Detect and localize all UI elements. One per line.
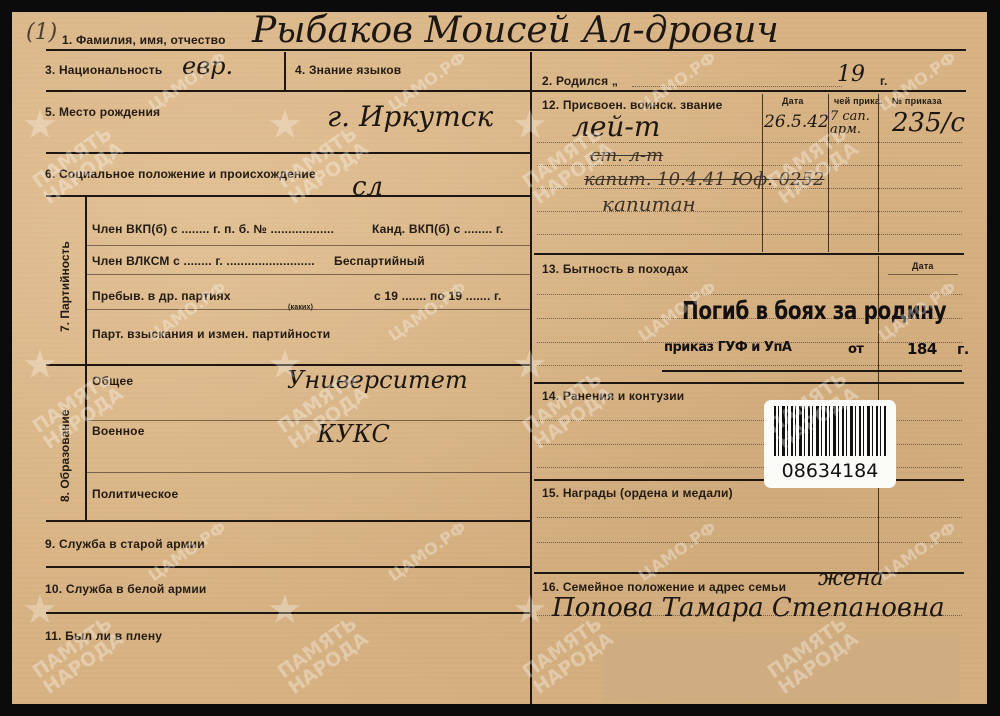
- field-16-label: 16. Семейное положение и адрес семьи: [542, 580, 786, 594]
- campaign-date-header: Дата: [912, 261, 934, 271]
- birthplace-value: г. Иркутск: [327, 100, 493, 133]
- rank-col-date: Дата: [782, 96, 804, 106]
- education-general-label: Общее: [92, 374, 133, 388]
- education-political-label: Политическое: [92, 487, 178, 501]
- stamp-year-suffix: г.: [957, 342, 969, 358]
- rank-col-by: чей прика.: [834, 96, 883, 106]
- watermark-pamyat: ПАМЯТЬНАРОДА: [274, 614, 371, 698]
- star-icon: ★: [267, 587, 303, 633]
- redacted-area: [604, 635, 960, 701]
- stamp-from: от: [848, 342, 863, 357]
- family-status-value: жена: [818, 566, 884, 591]
- barcode-icon: [774, 406, 886, 456]
- rank-entry-2: ст. л-т: [590, 145, 663, 166]
- rule: [534, 253, 964, 255]
- field-1-label: 1. Фамилия, имя, отчество: [62, 33, 226, 47]
- party-vlksm: Член ВЛКСМ с ........ г. ...............…: [92, 254, 315, 268]
- dotted-line: [537, 294, 962, 295]
- rule: [878, 94, 879, 252]
- watermark-tsamo: ЦАМО.РФ: [145, 518, 230, 585]
- barcode-number: 08634184: [764, 460, 896, 482]
- education-military-label: Военное: [92, 424, 145, 438]
- rank-entry-4: капитан: [602, 192, 696, 216]
- party-penalties: Парт. взыскания и измен. партийности: [92, 327, 330, 341]
- rule: [534, 572, 964, 574]
- stamp-underline: [662, 370, 962, 372]
- death-stamp: Погиб в боях за родину: [682, 296, 946, 325]
- birth-year-suffix: г.: [880, 74, 888, 88]
- rank-entry-3: капит. 10.4.41 Юф. 0252: [584, 169, 824, 190]
- watermark-pamyat: ПАМЯТЬНАРОДА: [29, 614, 126, 698]
- field-10-label: 10. Служба в белой армии: [45, 582, 206, 596]
- field-11-label: 11. Был ли в плену: [45, 629, 162, 643]
- rank-entry-1-date: 26.5.42: [764, 112, 829, 132]
- field-2-label: 2. Родился „: [542, 74, 618, 88]
- dotted-line: [537, 234, 962, 235]
- field-15-label: 15. Награды (ордена и медали): [542, 486, 733, 500]
- rule: [888, 274, 958, 275]
- dotted-line: [537, 420, 962, 421]
- personnel-record-card: (1) 1. Фамилия, имя, отчество Рыбаков Мо…: [12, 12, 987, 704]
- rule: [87, 274, 530, 275]
- rule: [87, 420, 530, 421]
- margin-note: (1): [26, 20, 57, 45]
- watermark-pamyat: ПАМЯТЬНАРОДА: [519, 614, 616, 698]
- center-divider: [530, 52, 532, 704]
- birth-year-value: 19: [837, 62, 865, 87]
- dotted-line: [537, 542, 962, 543]
- full-name-value: Рыбаков Моисей Ал-дрович: [252, 10, 779, 51]
- party-other-sub: (каких): [288, 304, 313, 311]
- stamp-order: приказ ГУФ и УпА: [664, 340, 792, 355]
- rule: [87, 245, 530, 246]
- party-candidate: Канд. ВКП(б) с ........ г.: [372, 222, 503, 236]
- watermark-tsamo: ЦАМО.РФ: [875, 518, 960, 585]
- dotted-line: [537, 365, 962, 366]
- field-3-label: 3. Национальность: [45, 63, 162, 77]
- party-nonparty: Беспартийный: [334, 254, 425, 268]
- social-status-value: сл: [352, 172, 383, 202]
- field-6-label: 6. Социальное положение и происхождение: [45, 167, 316, 181]
- field-14-label: 14. Ранения и контузии: [542, 389, 684, 403]
- party-vkp: Член ВКП(б) с ........ г. п. б. № ......…: [92, 222, 334, 236]
- watermark-tsamo: ЦАМО.РФ: [635, 518, 720, 585]
- rule: [46, 195, 532, 197]
- field-8-label: 8. Образование: [58, 410, 72, 502]
- rule: [87, 472, 530, 473]
- rule: [534, 479, 964, 481]
- dotted-line: [537, 467, 962, 468]
- rule: [85, 366, 87, 521]
- dotted-line: [632, 86, 842, 87]
- party-period: с 19 ....... по 19 ....... г.: [374, 289, 502, 303]
- rule: [46, 90, 966, 92]
- party-other: Пребыв. в др. партиях: [92, 289, 231, 303]
- star-icon: ★: [267, 102, 303, 148]
- education-general-value: Университет: [287, 366, 468, 394]
- field-9-label: 9. Служба в старой армии: [45, 537, 205, 551]
- rule: [46, 566, 532, 568]
- rule: [534, 382, 964, 384]
- rule: [284, 52, 286, 92]
- dotted-line: [537, 211, 962, 212]
- rank-col-order: № приказа: [892, 96, 942, 106]
- field-13-label: 13. Бытность в походах: [542, 262, 688, 276]
- rule: [46, 152, 532, 154]
- rank-entry-1: лей-т: [572, 110, 660, 143]
- rule: [46, 612, 532, 614]
- rank-entry-1-order: 235/с: [892, 108, 965, 138]
- stamp-year: 184: [907, 340, 937, 358]
- watermark-tsamo: ЦАМО.РФ: [385, 518, 470, 585]
- rule: [46, 520, 532, 522]
- field-4-label: 4. Знание языков: [295, 63, 401, 77]
- nationality-value: евр.: [182, 52, 233, 80]
- education-military-value: КУКС: [317, 420, 390, 448]
- dotted-line: [537, 444, 962, 445]
- barcode-label: 08634184: [764, 400, 896, 488]
- dotted-line: [537, 517, 962, 518]
- family-member-value: Попова Тамара Степановна: [552, 593, 945, 623]
- field-5-label: 5. Место рождения: [45, 105, 160, 119]
- watermark-tsamo: ЦАМО.РФ: [385, 278, 470, 345]
- rule: [85, 197, 87, 365]
- rank-entry-1-by: 7 сап. арм.: [830, 110, 878, 136]
- field-7-label: 7. Партийность: [58, 241, 72, 332]
